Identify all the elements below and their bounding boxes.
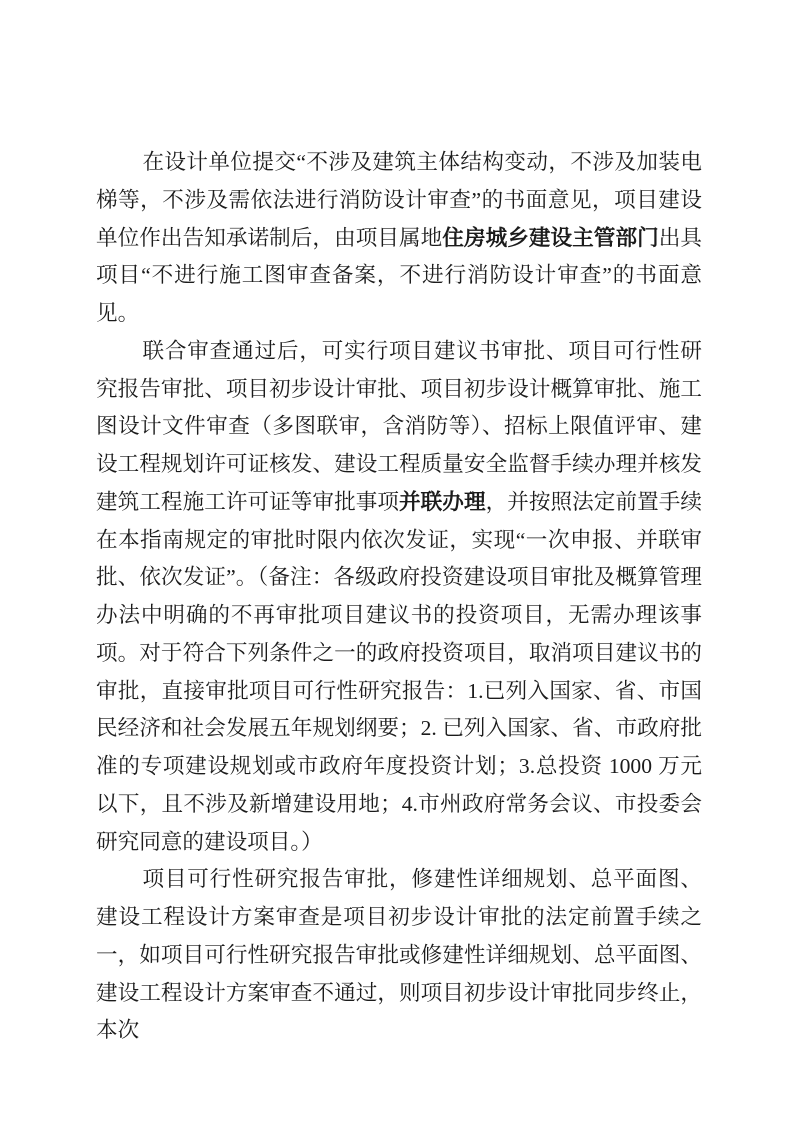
bold-term-parallel-handling: 并联办理: [399, 490, 486, 514]
paragraph-feasibility-prerequisite: 项目可行性研究报告审批，修建性详细规划、总平面图、建设工程设计方案审查是项目初步…: [96, 861, 702, 1050]
paragraph-joint-review-process: 联合审查通过后，可实行项目建议书审批、项目可行性研究报告审批、项目初步设计审批、…: [96, 333, 702, 862]
document-page: 在设计单位提交“不涉及建筑主体结构变动，不涉及加装电梯等，不涉及需依法进行消防设…: [0, 0, 793, 1122]
paragraph-design-unit-opinion: 在设计单位提交“不涉及建筑主体结构变动，不涉及加装电梯等，不涉及需依法进行消防设…: [96, 144, 702, 333]
bold-term-housing-authority: 住房城乡建设主管部门: [442, 226, 658, 250]
paragraph-text: 联合审查通过后，可实行项目建议书审批、项目可行性研究报告审批、项目初步设计审批、…: [96, 339, 702, 514]
paragraph-text: ，并按照法定前置手续在本指南规定的审批时限内依次发证，实现“一次申报、并联审批、…: [96, 490, 702, 854]
paragraph-text: 项目可行性研究报告审批，修建性详细规划、总平面图、建设工程设计方案审查是项目初步…: [96, 867, 702, 1042]
document-text-block: 在设计单位提交“不涉及建筑主体结构变动，不涉及加装电梯等，不涉及需依法进行消防设…: [96, 144, 702, 1050]
